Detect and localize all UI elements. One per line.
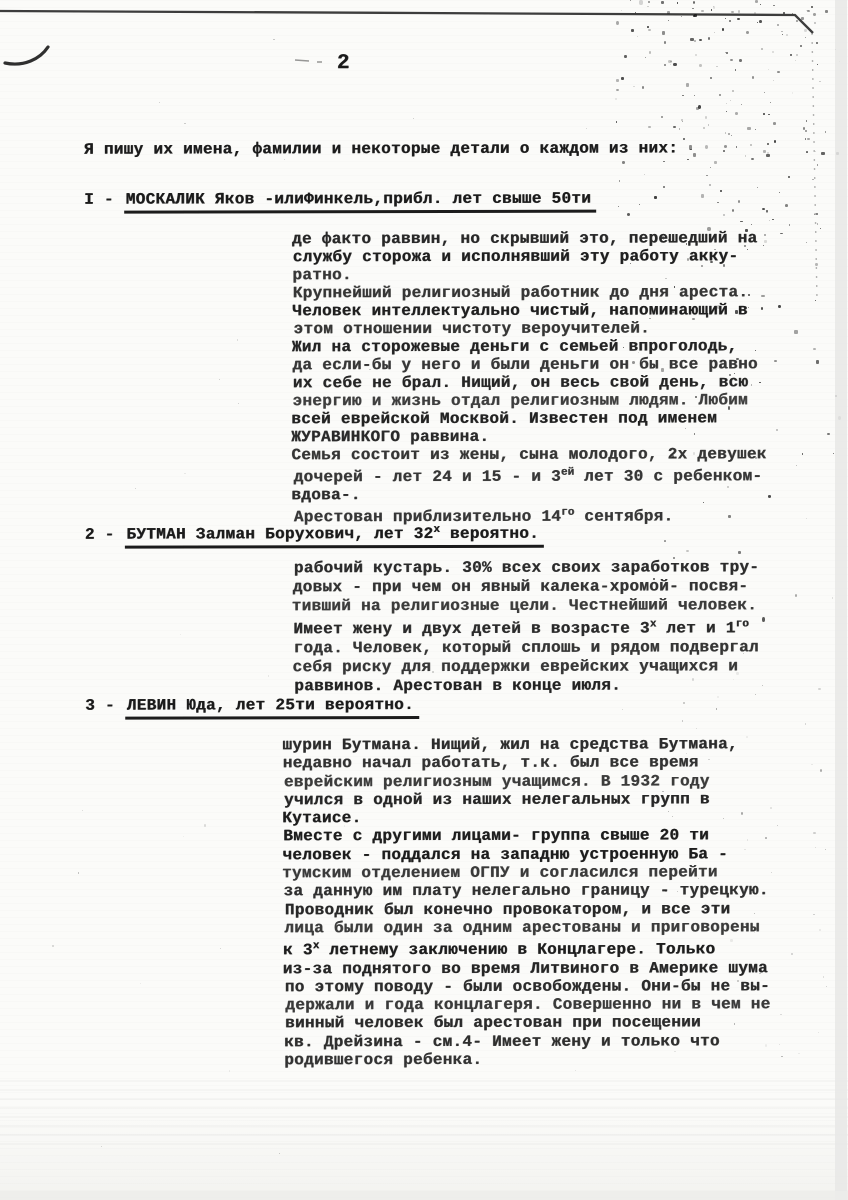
- entry-title: БУТМАН Залман Борухович, лет 32х вероятн…: [124, 525, 544, 549]
- typed-line: кв. Дрейзина - см.4- Имеет жену и только…: [284, 1032, 769, 1051]
- typed-line: лица были один за одним арестованы и при…: [284, 918, 769, 937]
- typed-line: учился в одной из наших нелегальных груп…: [284, 790, 769, 809]
- typed-line: себя риску для поддержки еврейских учащи…: [293, 657, 758, 677]
- typed-line: Вместе с другими лицами- группа свыше 20…: [283, 827, 768, 846]
- intro-line: Я пишу их имена, фамилии и некоторые дет…: [84, 139, 678, 158]
- typed-line: Проводник был конечно провокатором, и вс…: [285, 900, 770, 919]
- typed-line: за данную им плату нелегально границу - …: [283, 882, 768, 901]
- typed-line: тивший на религиозные цели. Честнейший ч…: [292, 596, 757, 616]
- typed-line: рабочий кустарь. 30% всех своих заработк…: [294, 558, 759, 578]
- typed-line: недавно начал работать, т.к. был все вре…: [283, 754, 768, 773]
- typed-line: ЖУРАВИНКОГО раввина.: [291, 427, 766, 446]
- page-number: 2: [337, 52, 350, 75]
- typed-line: года. Человек, который сплошь и рядом по…: [293, 638, 758, 658]
- entry-number: 3 -: [85, 697, 125, 715]
- entries-container: I - МОСКАЛИК Яков -илиФинкель,прибл. лет…: [0, 0, 847, 1]
- entry-paragraph: де факто раввин, но скрывший это, переше…: [292, 229, 768, 526]
- typed-line: Кутаисе.: [282, 808, 767, 827]
- typed-line: по этому поводу - были освобождены. Они-…: [285, 977, 770, 996]
- entry-title: ЛЕВИН Юда, лет 25ти вероятно.: [125, 696, 419, 720]
- entry-heading: 3 - ЛЕВИН Юда, лет 25ти вероятно.: [85, 696, 419, 715]
- typed-line: довых - при чем он явный калека-хромой- …: [293, 577, 758, 597]
- typed-line: раввинов. Арестован в конце июля.: [294, 676, 759, 696]
- typed-line: Имеет жену и двух детей в возрасте 3х ле…: [293, 615, 758, 639]
- scan-right-edge: [835, 0, 847, 1200]
- scanned-document-page: 2 Я пишу их имена, фамилии и некоторые д…: [0, 0, 848, 1200]
- typed-line: ратно.: [292, 265, 767, 284]
- typed-line: да если-бы у него и были деньги он бы вс…: [292, 355, 767, 374]
- typed-line: Крупнейший религиозный работник до дня а…: [293, 283, 768, 302]
- typed-line: еврейским религиозным учащимся. В 1932 г…: [284, 772, 769, 791]
- entry-heading: 2 - БУТМАН Залман Борухович, лет 32х вер…: [85, 524, 544, 544]
- typed-line: службу сторожа и исполнявший эту работу …: [293, 247, 768, 266]
- typed-line: к 3х летнему заключению в Концлагере. То…: [283, 937, 768, 960]
- typed-line: винный человек был арестован при посещен…: [285, 1014, 770, 1033]
- entry-heading: I - МОСКАЛИК Яков -илиФинкель,прибл. лет…: [84, 190, 596, 209]
- entry-number: 2 -: [85, 526, 125, 544]
- typed-line: этом отношении чистоту вероучителей.: [294, 319, 769, 338]
- entry-title: МОСКАЛИК Яков -илиФинкель,прибл. лет свы…: [124, 190, 596, 214]
- typed-line: человек - поддался на западню устроенную…: [282, 845, 767, 864]
- typed-line: тумским отделением ОГПУ и согласился пер…: [282, 863, 767, 882]
- typed-line: Жил на сторожевые деньги с семьей впрого…: [292, 337, 767, 356]
- typed-line: из-за поднятого во время Литвиного в Аме…: [283, 959, 768, 978]
- typed-line: де факто раввин, но скрывший это, переше…: [292, 229, 767, 248]
- scan-bottom-edge: [0, 1191, 848, 1200]
- typed-line: Человек интеллектуально чистый, напомина…: [292, 301, 767, 320]
- typed-line: их себе не брал. Нищий, он весь свой ден…: [293, 373, 768, 392]
- entry-paragraph: шурин Бутмана. Нищий, жил на средства Бу…: [283, 735, 769, 1069]
- typed-line: держали и года концлагеря. Совершенно ни…: [285, 995, 770, 1014]
- typed-line: шурин Бутмана. Нищий, жил на средства Бу…: [282, 735, 767, 754]
- entry-paragraph: рабочий кустарь. 30% всех своих заработк…: [293, 558, 759, 696]
- typed-text-layer: 2 Я пишу их имена, фамилии и некоторые д…: [0, 0, 848, 1200]
- typed-line: дочерей - лет 24 и 15 - и 3ей лет 30 с р…: [294, 463, 769, 486]
- typed-line: вдова-.: [291, 485, 766, 504]
- typed-line: всей еврейской Москвой. Известен под име…: [291, 409, 766, 428]
- typed-line: энергию и жизнь отдал религиозным людям.…: [292, 391, 767, 410]
- entry-number: I -: [84, 191, 124, 209]
- typed-line: родившегося ребенка.: [284, 1050, 769, 1069]
- typed-line: Семья состоит из жены, сына молодого, 2х…: [291, 445, 766, 464]
